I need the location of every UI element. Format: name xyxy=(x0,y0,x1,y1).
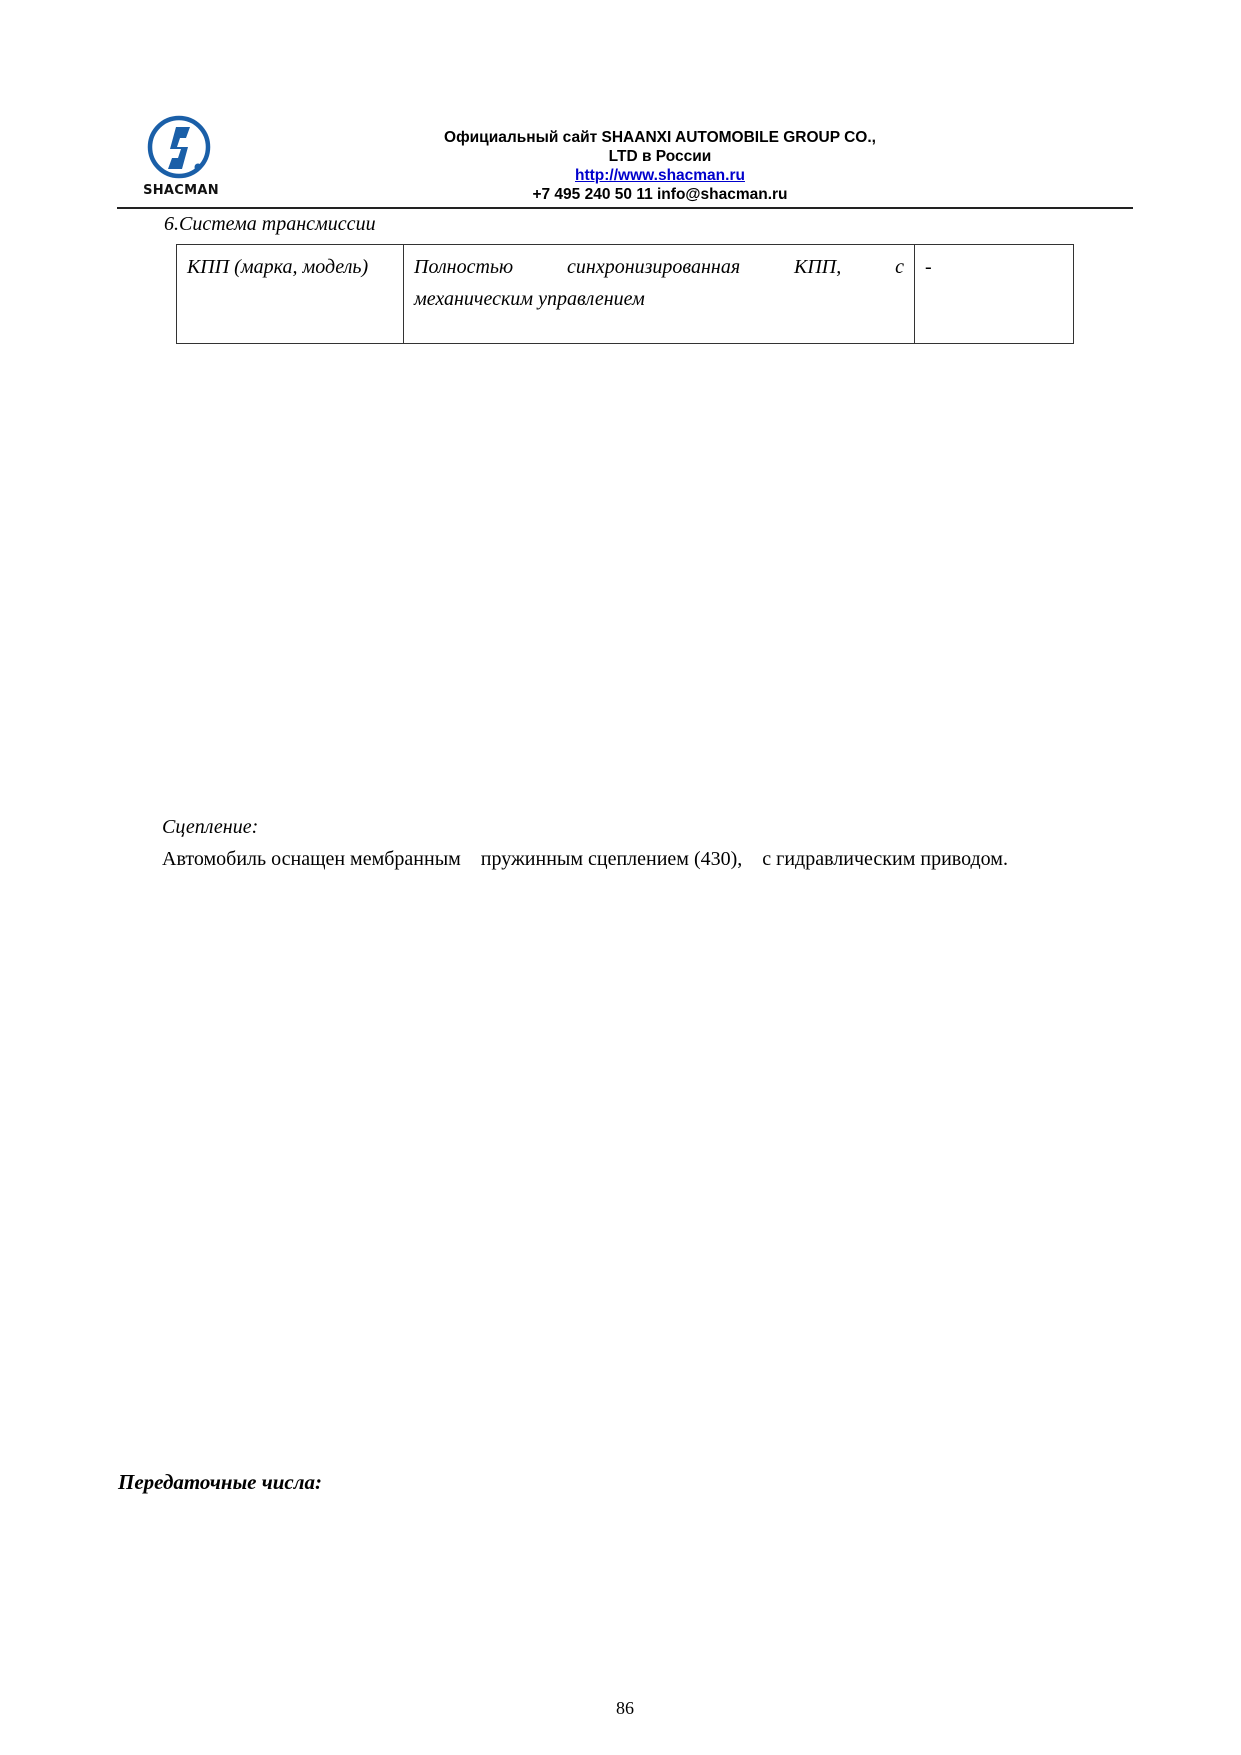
row-label: КПП (марка, модель) xyxy=(177,245,404,344)
gear-ratios-heading: Передаточные числа: xyxy=(118,1470,322,1495)
value-word: Полностью xyxy=(414,251,513,283)
website-link[interactable]: http://www.shacman.ru xyxy=(575,167,745,184)
header-title-line2: LTD в России xyxy=(400,147,920,166)
spec-table: КПП (марка, модель) Полностью синхронизи… xyxy=(176,244,1074,344)
value-word: синхронизированная xyxy=(567,251,740,283)
header-divider xyxy=(117,207,1133,209)
header-title-line1: Официальный сайт SHAANXI AUTOMOBILE GROU… xyxy=(400,128,920,147)
section-title: 6.Система трансмиссии xyxy=(164,213,376,236)
value-word: с xyxy=(895,251,904,283)
page-number: 86 xyxy=(600,1698,650,1719)
row-note: - xyxy=(915,245,1074,344)
shacman-logo-icon xyxy=(146,114,214,182)
header-contacts: +7 495 240 50 11 info@shacman.ru xyxy=(400,185,920,204)
clutch-description: Автомобиль оснащен мембранным пружинным … xyxy=(162,848,1008,871)
table-row: КПП (марка, модель) Полностью синхронизи… xyxy=(177,245,1074,344)
clutch-label: Сцепление: xyxy=(162,816,258,839)
value-line2: механическим управлением xyxy=(414,283,904,315)
row-value: Полностью синхронизированная КПП, с меха… xyxy=(404,245,915,344)
value-word: КПП, xyxy=(794,251,841,283)
logo-text: SHACMAN xyxy=(126,183,236,198)
